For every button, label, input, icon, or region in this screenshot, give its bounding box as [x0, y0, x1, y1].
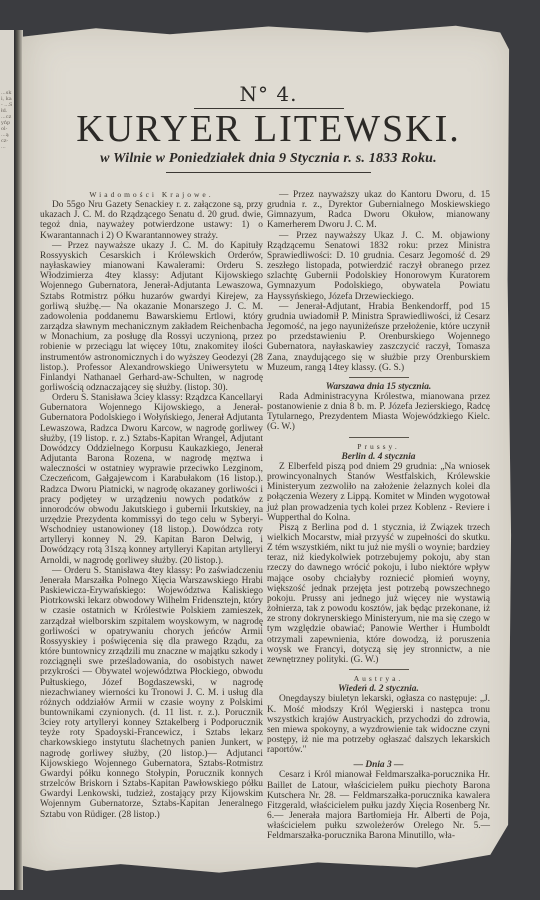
austria-heading: Austrya. [267, 674, 490, 684]
right-column: — Przez nayważszy ukaz do Kantoru Dworu,… [267, 190, 490, 842]
book-gutter [14, 30, 23, 890]
newspaper-page: N° 4. KURYER LITEWSKI. w Wilnie w Ponied… [22, 24, 515, 876]
article-paragraph: Onegdayszy biuletyn lekarski, ogłasza co… [267, 694, 490, 755]
article-paragraph: Orderu S. Stanisława 3ciey klassy: Rządz… [40, 393, 263, 566]
dateline: w Wilnie w Poniedziałek dnia 9 Stycznia … [22, 151, 515, 167]
previous-page-fragment: ...ski, ka- ...Słd. ...czyńpol- ...ą cz-… [0, 30, 15, 890]
berlin-subheading: Berlin d. 4 stycznia [267, 452, 490, 462]
dateline-rule [166, 172, 371, 173]
article-paragraph: Do 55go Nru Gazety Senackiey r. z. załąc… [40, 200, 263, 241]
article-paragraph: — Jenerał-Adjutant, Hrabia Benkendorff, … [267, 302, 490, 373]
masthead: N° 4. KURYER LITEWSKI. w Wilnie w Ponied… [22, 82, 515, 173]
article-paragraph: — Przez nayważszy Ukaz J. C. M. objawion… [267, 231, 490, 302]
article-paragraph: Cesarz i Król mianował Feldmarszałka-por… [267, 770, 490, 841]
article-paragraph: — Przez nayważsze ukazy J. C. M. do Kapi… [40, 241, 263, 393]
previous-page-text: ...ski, ka- ...Słd. ...czyńpol- ...ą cz-… [1, 90, 13, 290]
section-heading-domestic: Wiadomości Krajowe. [40, 190, 263, 200]
section-divider [349, 437, 409, 438]
warsaw-heading: Warszawa dnia 15 stycznia. [267, 382, 490, 392]
vienna-subheading: Wiedeń d. 2 stycznia. [267, 684, 490, 694]
section-divider [349, 377, 409, 378]
article-paragraph: Z Elberfeld piszą pod dniem 29 grudnia: … [267, 462, 490, 523]
article-paragraph: — Orderu S. Stanisława 4tey klassy: Po z… [40, 566, 263, 820]
section-divider [349, 669, 409, 670]
issue-number: N° 4. [22, 82, 515, 106]
newspaper-title: KURYER LITEWSKI. [22, 109, 515, 149]
article-paragraph: — Przez nayważszy ukaz do Kantoru Dworu,… [267, 190, 490, 231]
warsaw-text: Rada Administracyyna Królestwa, mianowan… [267, 392, 490, 433]
article-paragraph: Piszą z Berlina pod d. 1 stycznia, iż Zw… [267, 523, 490, 665]
left-column: Wiadomości Krajowe. Do 55go Nru Gazety S… [40, 190, 263, 820]
prussia-heading: Prussy. [267, 442, 490, 452]
day-heading: — Dnia 3 — [267, 760, 490, 770]
